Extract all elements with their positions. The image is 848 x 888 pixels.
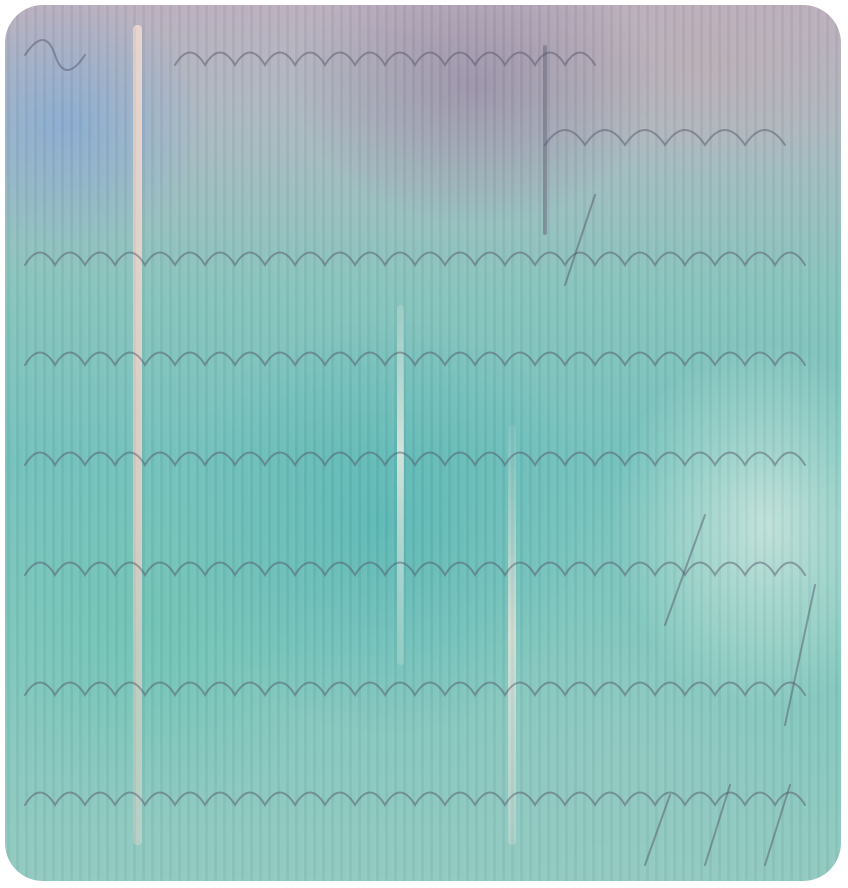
cursive-handwriting-overlay (5, 5, 841, 881)
painted-texture-photo (5, 5, 841, 881)
